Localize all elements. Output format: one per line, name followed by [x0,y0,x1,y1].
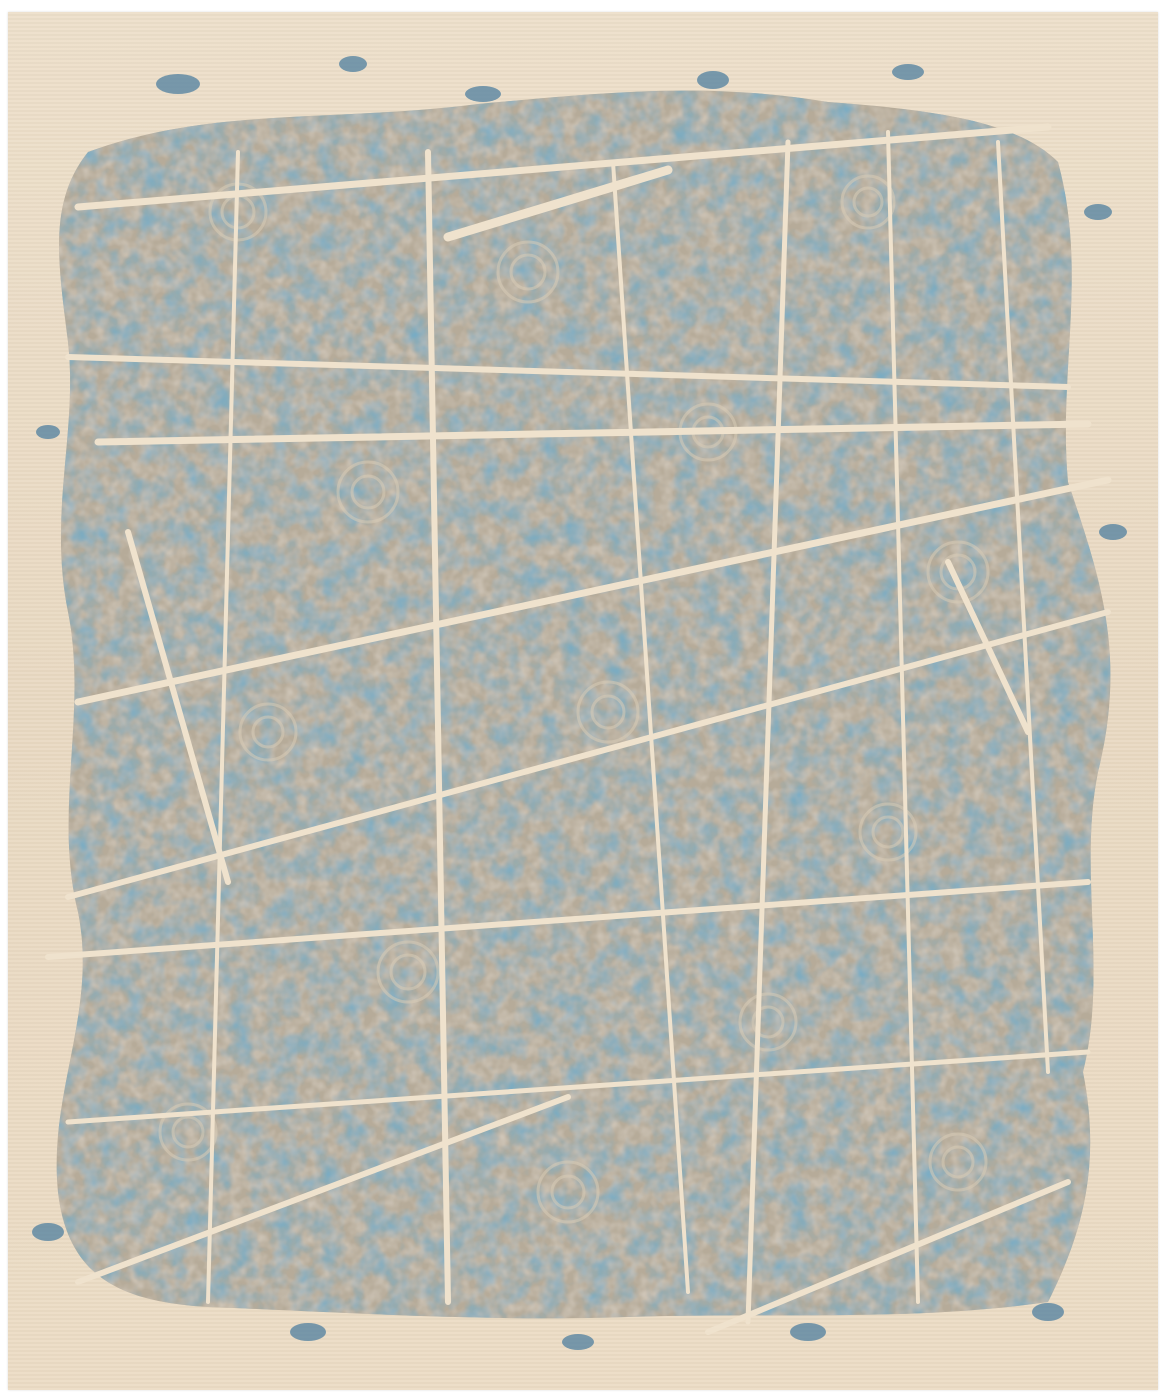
floral-mass [8,12,1158,1390]
rug [8,12,1158,1390]
floral-field-illustration [8,12,1158,1390]
